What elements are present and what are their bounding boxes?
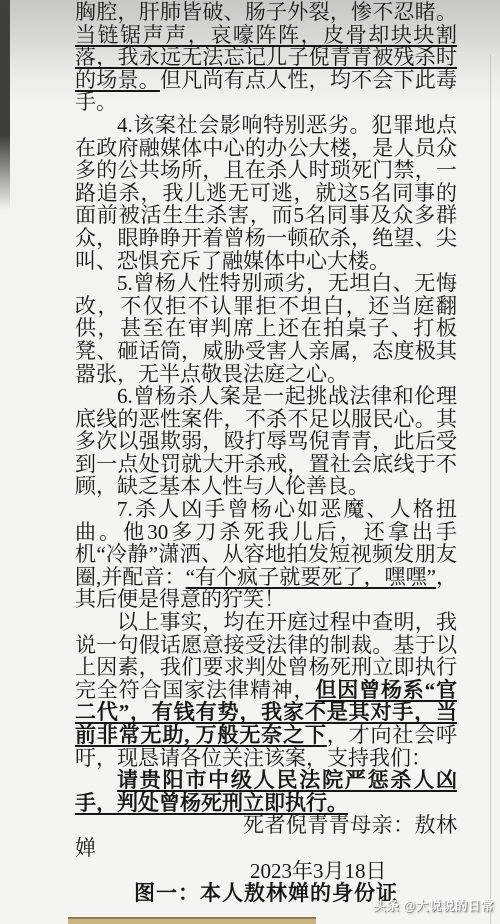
paragraph-petition: 请贵阳市中级人民法院严惩杀人凶手，判处曾杨死刑立即执行。: [75, 769, 457, 814]
paragraph-point-6: 6.曾杨杀人案是一起挑战法律和伦理底线的恶性案件，不杀不足以服民心。其多次以强欺…: [75, 385, 457, 498]
underlined-text-run: “有个疯子就要死了，嘿嘿”: [186, 565, 436, 589]
toutiao-watermark: 头条 @大说说的日常: [373, 896, 494, 914]
id-card-photo-top-edge: [68, 917, 316, 924]
text-run: 6.曾杨杀人案是一起挑战法律和伦理底线的恶性案件，不杀不足以服民心。其多次以强欺…: [75, 384, 457, 498]
paragraph-point-5: 5.曾杨人性特别顽劣，无坦白、无悔改，不仅拒不认罪拒不坦白，还当庭翻供，甚至在审…: [75, 272, 457, 385]
paragraph-point-7: 7.杀人凶手曾杨心如恶魔、人格扭曲。他30多刀杀死我儿后，还拿出手机“冷静”潇洒…: [75, 498, 457, 611]
text-run: 胸腔，肝肺皆破、肠子外裂，惨不忍睹。: [75, 0, 457, 24]
letter-body: 胸腔，肝肺皆破、肠子外裂，惨不忍睹。当链锯声声，哀嚎阵阵，皮骨却块块割落，我永远…: [75, 1, 457, 905]
paragraph-continuation: 胸腔，肝肺皆破、肠子外裂，惨不忍睹。当链锯声声，哀嚎阵阵，皮骨却块块割落，我永远…: [75, 1, 457, 114]
photo-right-edge-line: [490, 55, 491, 924]
photographed-letter-page: 胸腔，肝肺皆破、肠子外裂，惨不忍睹。当链锯声声，哀嚎阵阵，皮骨却块块割落，我永远…: [0, 0, 500, 924]
photo-left-shadow-bar: [0, 0, 10, 215]
paragraph-point-4: 4.该案社会影响特别恶劣。犯罪地点在政府融媒体中心的办公大楼，是人员众多的公共场…: [75, 114, 457, 272]
bold-underlined-text-run: 请贵阳市中级人民法院严惩杀人凶手，判处曾杨死刑立即执行。: [75, 768, 457, 815]
paragraph-appeal: 以上事实，均在开庭过程中查明，我说一句假话愿意接受法律的制裁。基于以上因素，我们…: [75, 611, 457, 769]
text-run: 5.曾杨人性特别顽劣，无坦白、无悔改，不仅拒不认罪拒不坦白，还当庭翻供，甚至在审…: [75, 271, 457, 385]
signature-line: 死者倪青青母亲：敖林婵: [75, 814, 457, 859]
text-run: 4.该案社会影响特别恶劣。犯罪地点在政府融媒体中心的办公大楼，是人员众多的公共场…: [75, 113, 457, 273]
date-line: 2023年3月18日: [75, 860, 457, 883]
